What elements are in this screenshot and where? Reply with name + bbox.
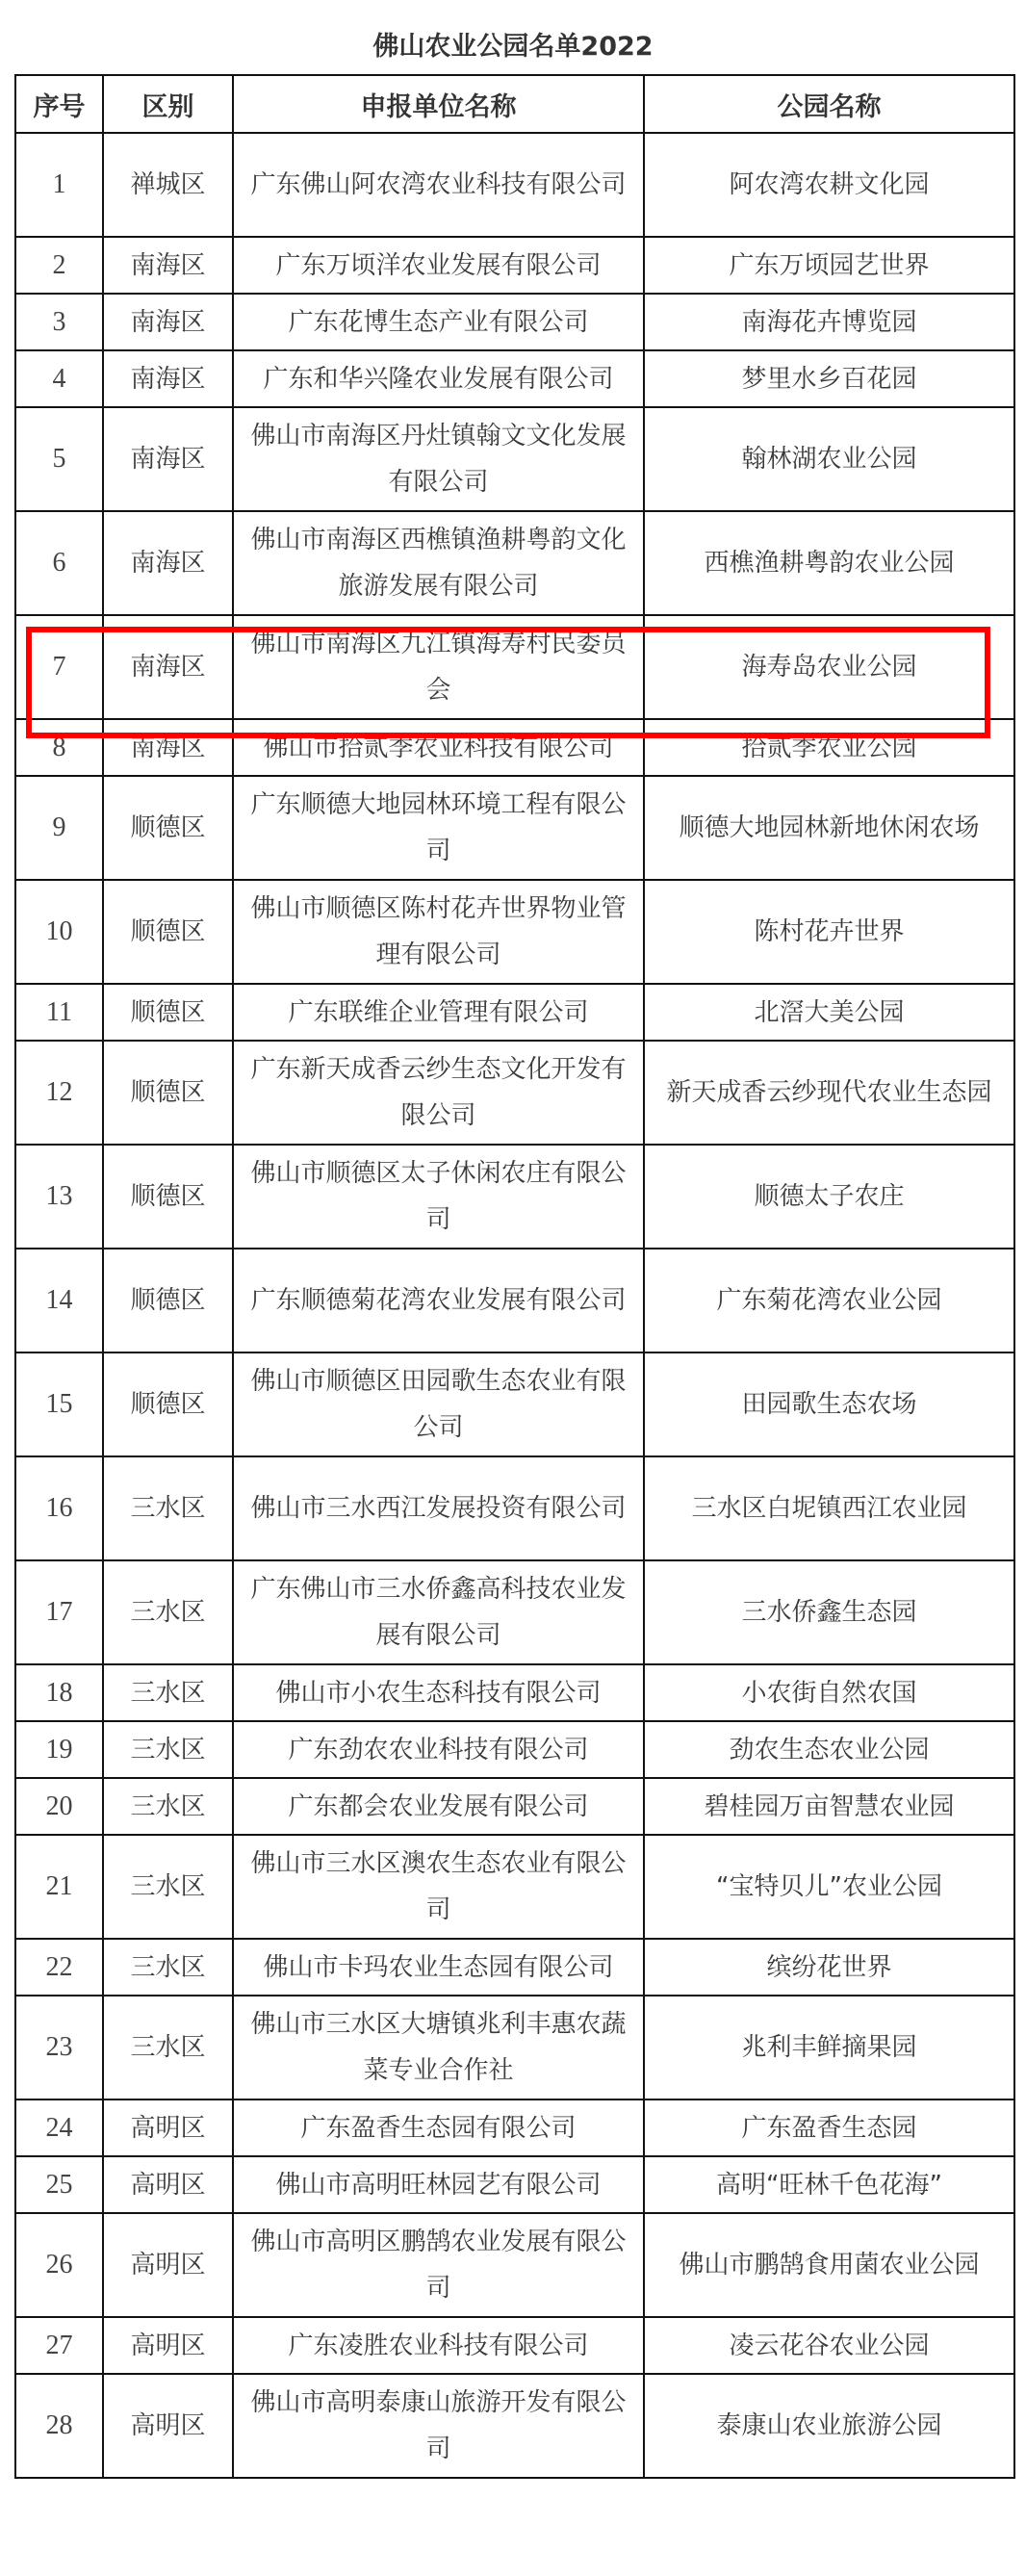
row-park: 海寿岛农业公园 — [644, 615, 1014, 719]
table-row: 28高明区佛山市高明泰康山旅游开发有限公司泰康山农业旅游公园 — [15, 2374, 1014, 2478]
row-applicant: 佛山市南海区九江镇海寿村民委员会 — [233, 615, 644, 719]
row-index: 9 — [15, 776, 103, 880]
row-park: 泰康山农业旅游公园 — [644, 2374, 1014, 2478]
row-park: 阿农湾农耕文化园 — [644, 133, 1014, 237]
row-index: 15 — [15, 1352, 103, 1456]
row-applicant: 佛山市高明旺林园艺有限公司 — [233, 2156, 644, 2213]
table-row: 15顺德区佛山市顺德区田园歌生态农业有限公司田园歌生态农场 — [15, 1352, 1014, 1456]
row-index: 25 — [15, 2156, 103, 2213]
row-district: 三水区 — [103, 1456, 233, 1560]
row-park: 缤纷花世界 — [644, 1939, 1014, 1996]
row-applicant: 佛山市三水西江发展投资有限公司 — [233, 1456, 644, 1560]
row-park: 劲农生态农业公园 — [644, 1721, 1014, 1778]
row-applicant: 佛山市三水区澳农生态农业有限公司 — [233, 1835, 644, 1939]
row-park: 梦里水乡百花园 — [644, 350, 1014, 407]
row-applicant: 佛山市顺德区太子休闲农庄有限公司 — [233, 1145, 644, 1249]
row-applicant: 佛山市三水区大塘镇兆利丰惠农蔬菜专业合作社 — [233, 1996, 644, 2099]
row-applicant: 佛山市南海区西樵镇渔耕粤韵文化旅游发展有限公司 — [233, 511, 644, 615]
row-district: 顺德区 — [103, 984, 233, 1041]
table-row: 25高明区佛山市高明旺林园艺有限公司高明“旺林千色花海” — [15, 2156, 1014, 2213]
header-applicant: 申报单位名称 — [233, 75, 644, 133]
row-applicant: 佛山市顺德区陈村花卉世界物业管理有限公司 — [233, 880, 644, 984]
row-index: 26 — [15, 2213, 103, 2317]
table-row: 11顺德区广东联维企业管理有限公司北滘大美公园 — [15, 984, 1014, 1041]
row-district: 南海区 — [103, 407, 233, 511]
row-applicant: 广东新天成香云纱生态文化开发有限公司 — [233, 1041, 644, 1145]
table-row: 9顺德区广东顺德大地园林环境工程有限公司顺德大地园林新地休闲农场 — [15, 776, 1014, 880]
row-district: 三水区 — [103, 1721, 233, 1778]
row-district: 三水区 — [103, 1560, 233, 1664]
row-district: 顺德区 — [103, 880, 233, 984]
parks-table: 序号 区别 申报单位名称 公园名称 1禅城区广东佛山阿农湾农业科技有限公司阿农湾… — [14, 74, 1015, 2479]
row-district: 顺德区 — [103, 776, 233, 880]
row-district: 南海区 — [103, 615, 233, 719]
row-index: 14 — [15, 1249, 103, 1352]
row-district: 高明区 — [103, 2374, 233, 2478]
row-district: 顺德区 — [103, 1249, 233, 1352]
row-district: 三水区 — [103, 1664, 233, 1721]
row-index: 11 — [15, 984, 103, 1041]
row-applicant: 广东和华兴隆农业发展有限公司 — [233, 350, 644, 407]
row-applicant: 广东盈香生态园有限公司 — [233, 2099, 644, 2156]
row-applicant: 广东佛山市三水侨鑫高科技农业发展有限公司 — [233, 1560, 644, 1664]
row-district: 高明区 — [103, 2099, 233, 2156]
row-park: 兆利丰鲜摘果园 — [644, 1996, 1014, 2099]
table-row: 27高明区广东凌胜农业科技有限公司凌云花谷农业公园 — [15, 2317, 1014, 2374]
table-row: 13顺德区佛山市顺德区太子休闲农庄有限公司顺德太子农庄 — [15, 1145, 1014, 1249]
row-district: 南海区 — [103, 719, 233, 776]
row-district: 三水区 — [103, 1778, 233, 1835]
table-row: 1禅城区广东佛山阿农湾农业科技有限公司阿农湾农耕文化园 — [15, 133, 1014, 237]
row-district: 三水区 — [103, 1939, 233, 1996]
table-row: 16三水区佛山市三水西江发展投资有限公司三水区白坭镇西江农业园 — [15, 1456, 1014, 1560]
row-applicant: 广东联维企业管理有限公司 — [233, 984, 644, 1041]
table-row: 6南海区佛山市南海区西樵镇渔耕粤韵文化旅游发展有限公司西樵渔耕粤韵农业公园 — [15, 511, 1014, 615]
table-row: 2南海区广东万顷洋农业发展有限公司广东万顷园艺世界 — [15, 237, 1014, 294]
row-district: 顺德区 — [103, 1041, 233, 1145]
table-header-row: 序号 区别 申报单位名称 公园名称 — [15, 75, 1014, 133]
row-park: 顺德太子农庄 — [644, 1145, 1014, 1249]
row-index: 22 — [15, 1939, 103, 1996]
row-index: 23 — [15, 1996, 103, 2099]
row-index: 5 — [15, 407, 103, 511]
row-applicant: 佛山市高明区鹏鹄农业发展有限公司 — [233, 2213, 644, 2317]
row-index: 12 — [15, 1041, 103, 1145]
row-park: 顺德大地园林新地休闲农场 — [644, 776, 1014, 880]
table-row: 18三水区佛山市小农生态科技有限公司小农街自然农国 — [15, 1664, 1014, 1721]
row-park: 拾贰季农业公园 — [644, 719, 1014, 776]
row-applicant: 广东佛山阿农湾农业科技有限公司 — [233, 133, 644, 237]
table-row: 21三水区佛山市三水区澳农生态农业有限公司“宝特贝儿”农业公园 — [15, 1835, 1014, 1939]
row-district: 顺德区 — [103, 1145, 233, 1249]
row-applicant: 广东劲农农业科技有限公司 — [233, 1721, 644, 1778]
document-title: 佛山农业公园名单2022 — [0, 25, 1026, 63]
row-district: 南海区 — [103, 237, 233, 294]
row-index: 7 — [15, 615, 103, 719]
table-row: 10顺德区佛山市顺德区陈村花卉世界物业管理有限公司陈村花卉世界 — [15, 880, 1014, 984]
row-index: 27 — [15, 2317, 103, 2374]
table-row: 3南海区广东花博生态产业有限公司南海花卉博览园 — [15, 294, 1014, 350]
row-applicant: 广东凌胜农业科技有限公司 — [233, 2317, 644, 2374]
row-index: 18 — [15, 1664, 103, 1721]
table-row: 22三水区佛山市卡玛农业生态园有限公司缤纷花世界 — [15, 1939, 1014, 1996]
table-row: 26高明区佛山市高明区鹏鹄农业发展有限公司佛山市鹏鹄食用菌农业公园 — [15, 2213, 1014, 2317]
row-applicant: 佛山市小农生态科技有限公司 — [233, 1664, 644, 1721]
row-index: 28 — [15, 2374, 103, 2478]
row-index: 19 — [15, 1721, 103, 1778]
row-index: 10 — [15, 880, 103, 984]
row-district: 三水区 — [103, 1996, 233, 2099]
row-index: 13 — [15, 1145, 103, 1249]
row-park: 广东万顷园艺世界 — [644, 237, 1014, 294]
row-park: 北滘大美公园 — [644, 984, 1014, 1041]
table-row: 17三水区广东佛山市三水侨鑫高科技农业发展有限公司三水侨鑫生态园 — [15, 1560, 1014, 1664]
row-index: 17 — [15, 1560, 103, 1664]
row-district: 南海区 — [103, 350, 233, 407]
row-index: 2 — [15, 237, 103, 294]
row-applicant: 广东顺德菊花湾农业发展有限公司 — [233, 1249, 644, 1352]
row-index: 3 — [15, 294, 103, 350]
row-park: 凌云花谷农业公园 — [644, 2317, 1014, 2374]
row-applicant: 佛山市拾贰季农业科技有限公司 — [233, 719, 644, 776]
row-index: 21 — [15, 1835, 103, 1939]
table-row: 24高明区广东盈香生态园有限公司广东盈香生态园 — [15, 2099, 1014, 2156]
row-district: 三水区 — [103, 1835, 233, 1939]
row-index: 4 — [15, 350, 103, 407]
header-park: 公园名称 — [644, 75, 1014, 133]
table-row: 8南海区佛山市拾贰季农业科技有限公司拾贰季农业公园 — [15, 719, 1014, 776]
row-district: 高明区 — [103, 2213, 233, 2317]
row-park: 广东盈香生态园 — [644, 2099, 1014, 2156]
table-row: 12顺德区广东新天成香云纱生态文化开发有限公司新天成香云纱现代农业生态园 — [15, 1041, 1014, 1145]
row-applicant: 佛山市南海区丹灶镇翰文文化发展有限公司 — [233, 407, 644, 511]
row-park: 小农街自然农国 — [644, 1664, 1014, 1721]
row-index: 20 — [15, 1778, 103, 1835]
row-park: 田园歌生态农场 — [644, 1352, 1014, 1456]
row-district: 禅城区 — [103, 133, 233, 237]
row-index: 24 — [15, 2099, 103, 2156]
table-row-highlighted: 7南海区佛山市南海区九江镇海寿村民委员会海寿岛农业公园 — [15, 615, 1014, 719]
row-district: 高明区 — [103, 2317, 233, 2374]
row-index: 8 — [15, 719, 103, 776]
header-index: 序号 — [15, 75, 103, 133]
row-applicant: 广东都会农业发展有限公司 — [233, 1778, 644, 1835]
row-index: 6 — [15, 511, 103, 615]
table-row: 14顺德区广东顺德菊花湾农业发展有限公司广东菊花湾农业公园 — [15, 1249, 1014, 1352]
row-park: 翰林湖农业公园 — [644, 407, 1014, 511]
row-park: 西樵渔耕粤韵农业公园 — [644, 511, 1014, 615]
row-index: 16 — [15, 1456, 103, 1560]
table-row: 5南海区佛山市南海区丹灶镇翰文文化发展有限公司翰林湖农业公园 — [15, 407, 1014, 511]
row-district: 南海区 — [103, 294, 233, 350]
row-park: 碧桂园万亩智慧农业园 — [644, 1778, 1014, 1835]
row-park: 新天成香云纱现代农业生态园 — [644, 1041, 1014, 1145]
row-applicant: 佛山市顺德区田园歌生态农业有限公司 — [233, 1352, 644, 1456]
row-district: 高明区 — [103, 2156, 233, 2213]
table-row: 19三水区广东劲农农业科技有限公司劲农生态农业公园 — [15, 1721, 1014, 1778]
row-park: 佛山市鹏鹄食用菌农业公园 — [644, 2213, 1014, 2317]
header-district: 区别 — [103, 75, 233, 133]
row-park: 三水侨鑫生态园 — [644, 1560, 1014, 1664]
row-applicant: 佛山市卡玛农业生态园有限公司 — [233, 1939, 644, 1996]
row-park: 三水区白坭镇西江农业园 — [644, 1456, 1014, 1560]
row-applicant: 广东顺德大地园林环境工程有限公司 — [233, 776, 644, 880]
table-row: 4南海区广东和华兴隆农业发展有限公司梦里水乡百花园 — [15, 350, 1014, 407]
row-applicant: 佛山市高明泰康山旅游开发有限公司 — [233, 2374, 644, 2478]
row-district: 顺德区 — [103, 1352, 233, 1456]
table-row: 20三水区广东都会农业发展有限公司碧桂园万亩智慧农业园 — [15, 1778, 1014, 1835]
row-park: 陈村花卉世界 — [644, 880, 1014, 984]
row-park: 高明“旺林千色花海” — [644, 2156, 1014, 2213]
row-park: 南海花卉博览园 — [644, 294, 1014, 350]
table-row: 23三水区佛山市三水区大塘镇兆利丰惠农蔬菜专业合作社兆利丰鲜摘果园 — [15, 1996, 1014, 2099]
row-applicant: 广东万顷洋农业发展有限公司 — [233, 237, 644, 294]
row-index: 1 — [15, 133, 103, 237]
row-park: 广东菊花湾农业公园 — [644, 1249, 1014, 1352]
row-applicant: 广东花博生态产业有限公司 — [233, 294, 644, 350]
row-park: “宝特贝儿”农业公园 — [644, 1835, 1014, 1939]
row-district: 南海区 — [103, 511, 233, 615]
